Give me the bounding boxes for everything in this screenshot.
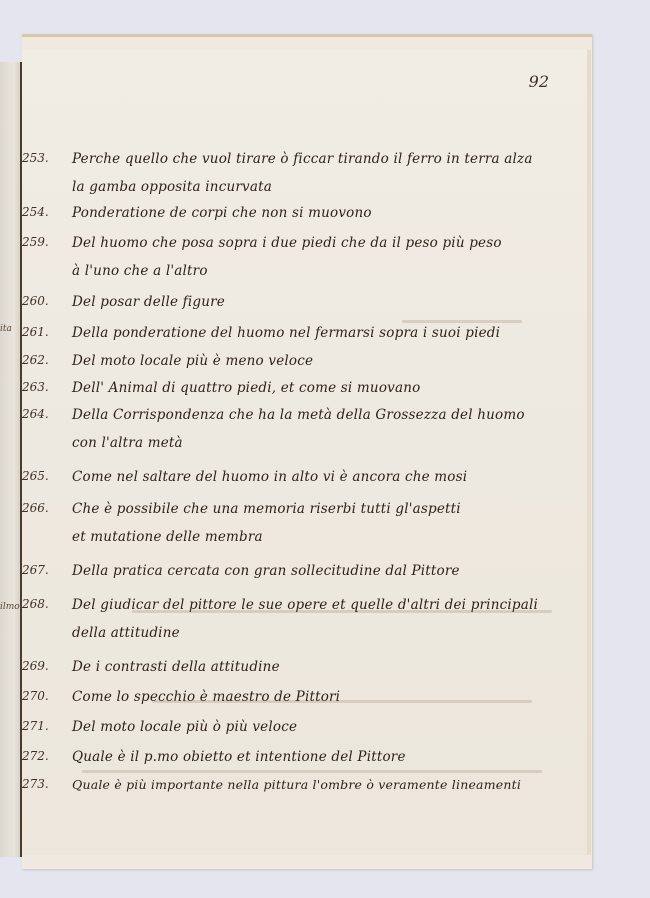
entry-number: 267. [22,563,66,577]
entry-line: Come nel saltare del huomo in alto vi è … [72,463,577,491]
entry-line: con l'altra metà [72,429,577,457]
entry-number: 254. [22,205,66,219]
entry-number: 270. [22,689,66,703]
entry-number: 266. [22,501,66,515]
entry-number: 253. [22,151,66,165]
entry-number: 271. [22,719,66,733]
entry-line: Della ponderatione del huomo nel fermars… [72,319,577,347]
entry-line: Del huomo che posa sopra i due piedi che… [72,229,577,257]
entry-line: la gamba opposita incurvata [72,173,577,201]
manuscript-page: 92 253. Perche quello che vuol tirare ò … [22,50,591,855]
entry-line: à l'uno che a l'altro [72,257,577,285]
entry-number: 272. [22,749,66,763]
entry-line: Della Corrispondenza che ha la metà dell… [72,401,577,429]
entry-line: della attitudine [72,619,577,647]
entry-number: 265. [22,469,66,483]
ink-bleed-through [402,320,522,323]
entry-number: 262. [22,353,66,367]
entry-line: Del posar delle figure [72,288,577,316]
entry-line: Del moto locale più è meno veloce [72,347,577,375]
entry-line: Del giudicar del pittore le sue opere et… [72,591,577,619]
entry-number: 269. [22,659,66,673]
entry-number: 261. [22,325,66,339]
entry-number: 268. [22,597,66,611]
entry-number: 260. [22,294,66,308]
margin-note: ita [0,324,12,334]
entry-number: 264. [22,407,66,421]
entry-number: 273. [22,777,66,791]
entry-line: Ponderatione de corpi che non si muovono [72,199,577,227]
page-number: 92 [529,72,549,91]
entry-number: 259. [22,235,66,249]
ink-bleed-through [132,610,552,613]
entry-line: Come lo specchio è maestro de Pittori [72,683,577,711]
entry-line: et mutatione delle membra [72,523,577,551]
entry-line: Quale è il p.mo obietto et intentione de… [72,743,577,771]
entry-number: 263. [22,380,66,394]
ink-bleed-through [82,770,542,773]
entry-line: Della pratica cercata con gran sollecitu… [72,557,577,585]
entry-line: Che è possibile che una memoria riserbi … [72,495,577,523]
entry-line: Quale è più importante nella pittura l'o… [72,771,577,799]
entry-line: Del moto locale più ò più veloce [72,713,577,741]
ink-bleed-through [152,700,532,703]
facing-page-edge: ita ilmoto [0,62,22,857]
entry-line: Dell' Animal di quattro piedi, et come s… [72,374,577,402]
entry-line: Perche quello che vuol tirare ò ficcar t… [72,145,577,173]
entry-line: De i contrasti della attitudine [72,653,577,681]
